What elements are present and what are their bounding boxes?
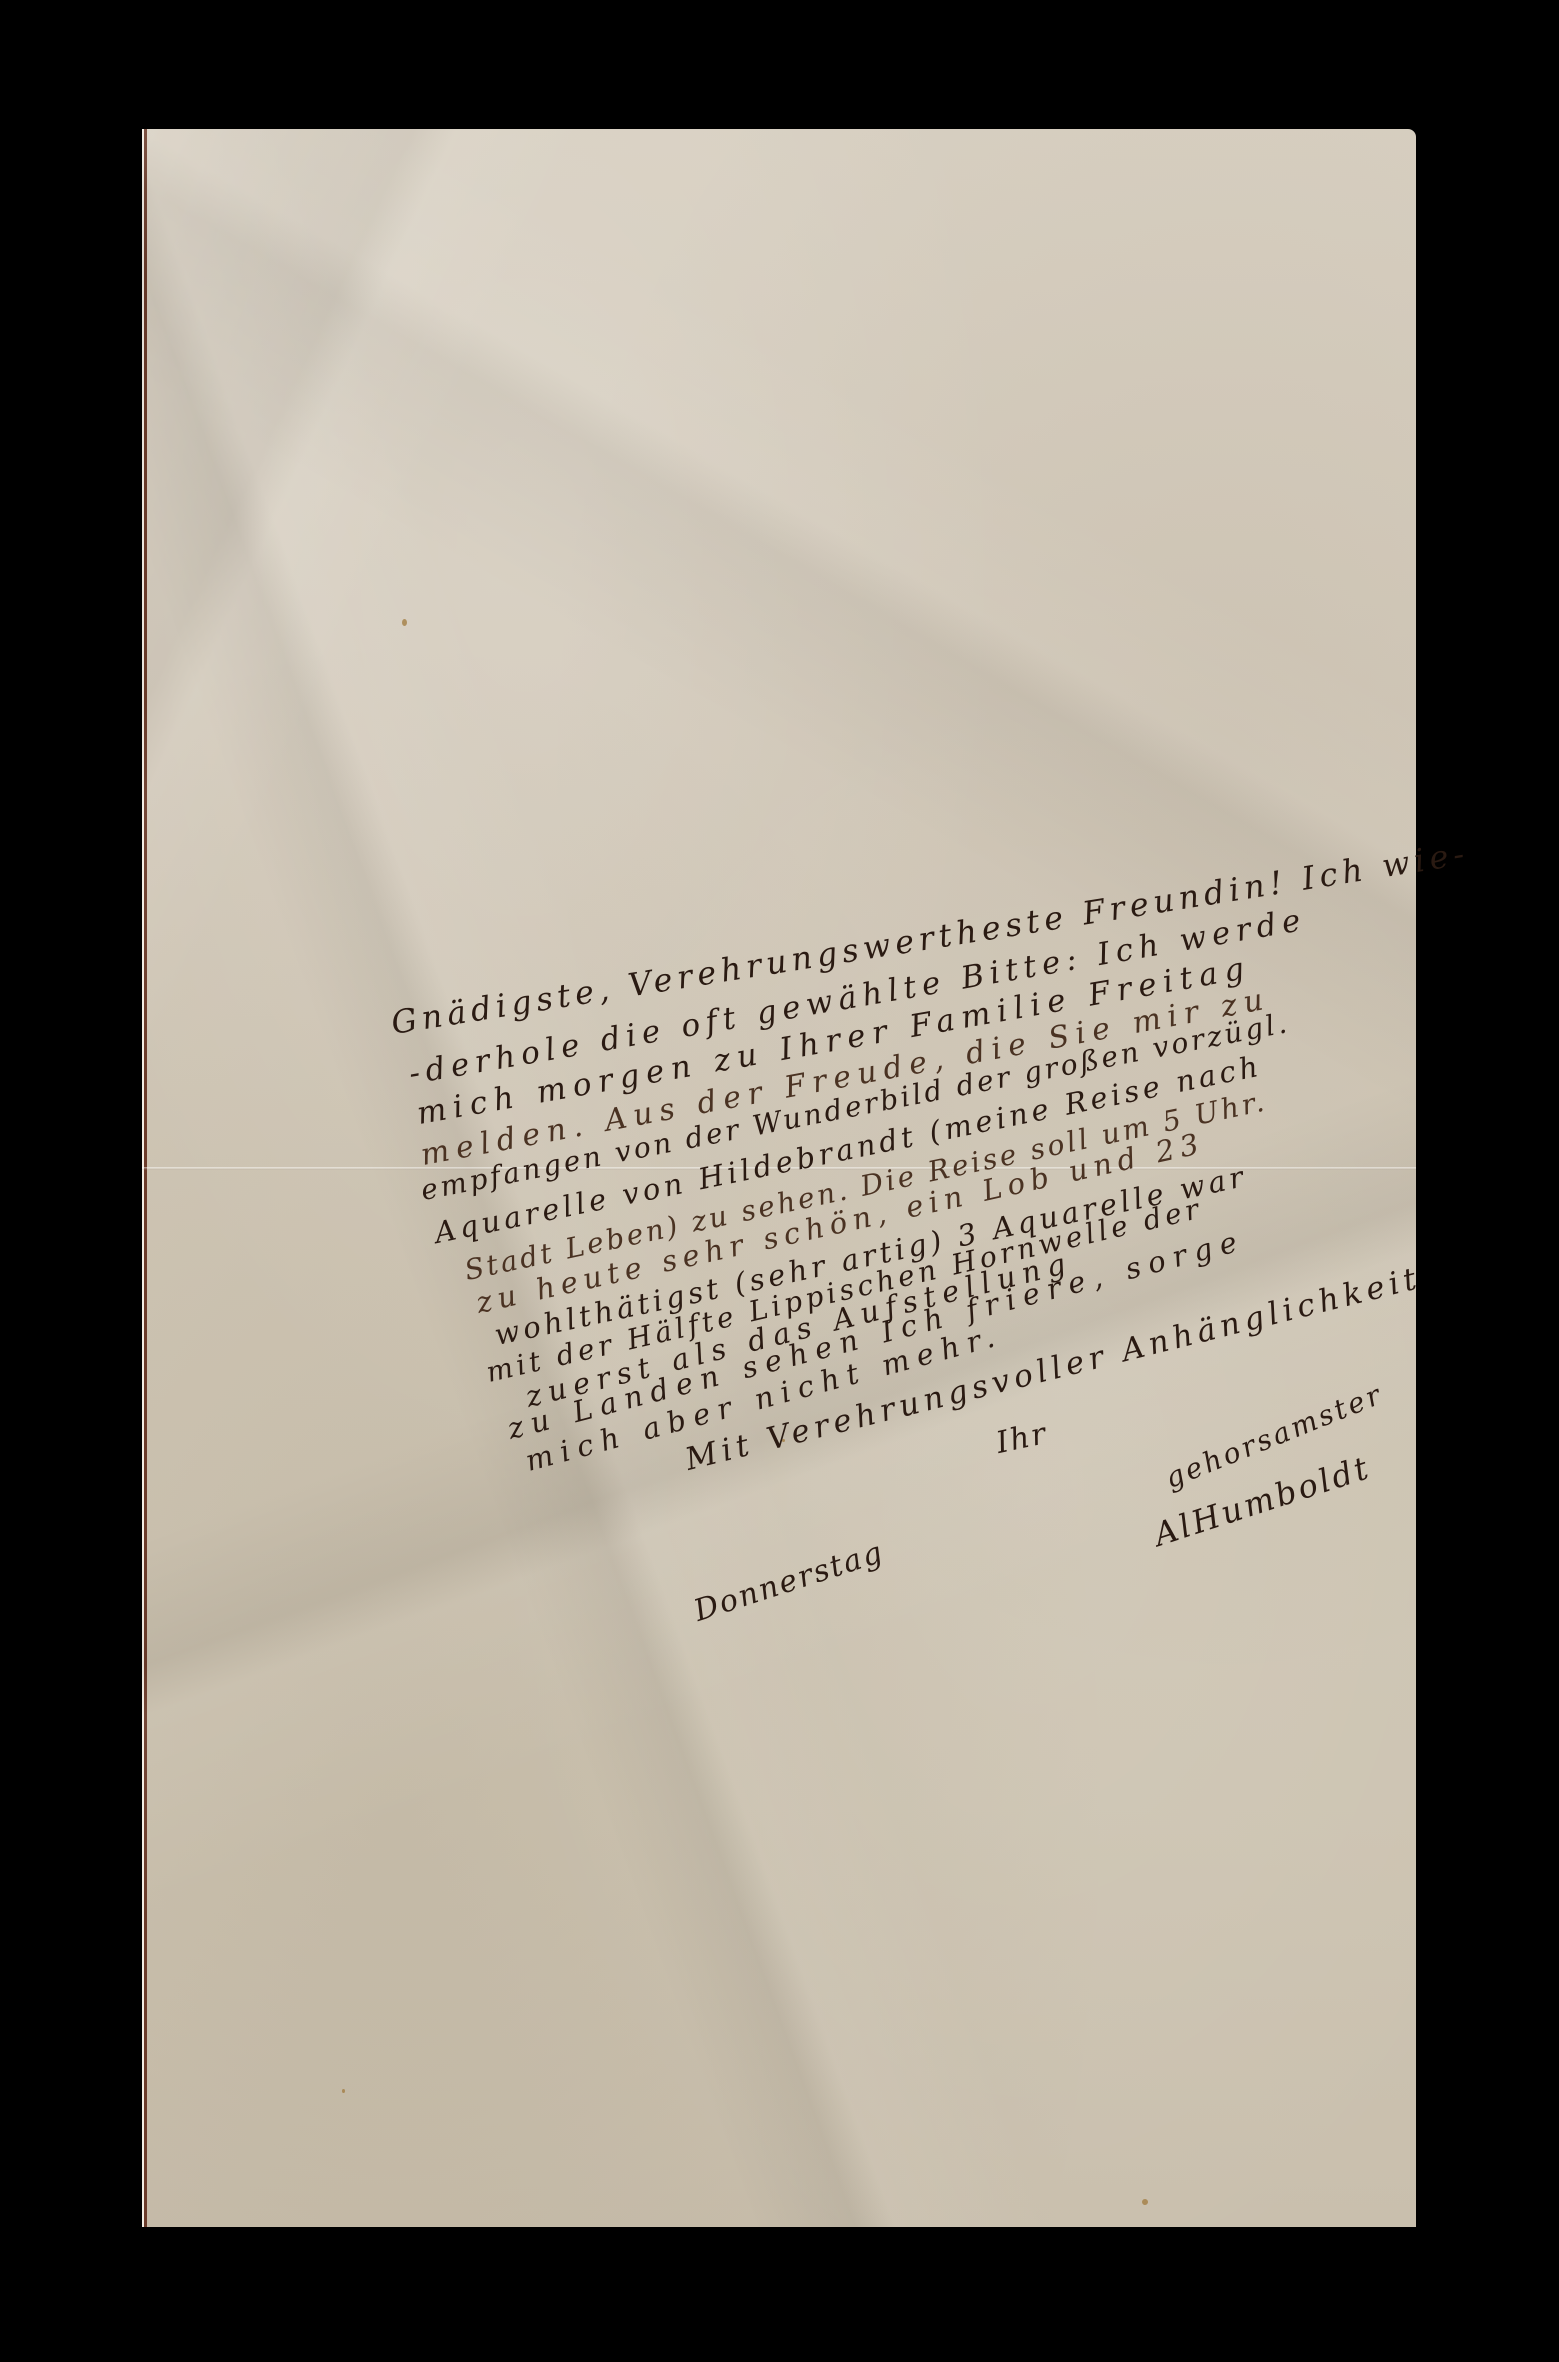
foxing-spot [402, 619, 407, 626]
date-day: Donnerstag [691, 1537, 888, 1627]
closing-pronoun: Ihr [994, 1419, 1051, 1459]
letter-paper: Gnädigste, Verehrungswertheste Freundin!… [142, 129, 1416, 2227]
foxing-spot [342, 2089, 345, 2093]
foxing-spot [1142, 2199, 1148, 2205]
